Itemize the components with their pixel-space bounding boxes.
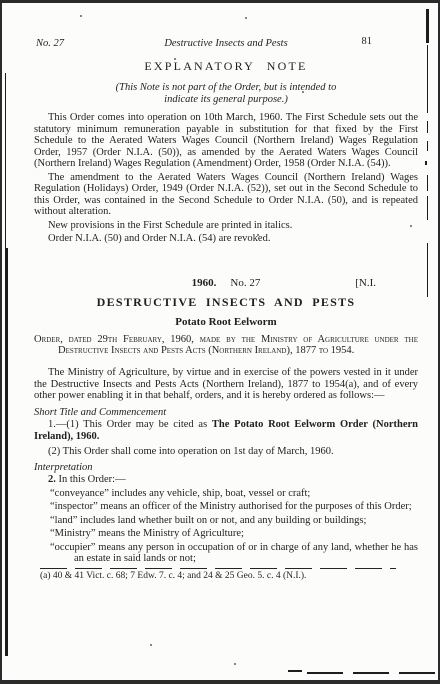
order-side-tag: [N.I. (355, 277, 376, 289)
scan-speck (234, 663, 236, 665)
page-number: 81 (362, 36, 373, 47)
scan-speck (150, 644, 152, 646)
explanatory-paragraph-1: This Order comes into operation on 10th … (34, 112, 418, 170)
definition-occupier: “occupier” means any person in occupatio… (34, 542, 418, 565)
disclaimer-line-2: indicate its general purpose.) (34, 94, 418, 106)
running-header-title: Destructive Insects and Pests (34, 38, 418, 49)
explanatory-paragraph-2: The amendment to the Aerated Waters Wage… (34, 172, 418, 218)
enacting-paragraph: The Ministry of Agriculture, by virtue a… (34, 367, 418, 402)
explanatory-paragraph-3: New provisions in the First Schedule are… (34, 220, 418, 232)
explanatory-note-disclaimer: (This Note is not part of the Order, but… (34, 82, 418, 105)
footnote-rule (40, 568, 396, 570)
order-citation-row: 1960.No. 27 [N.I. (34, 277, 418, 289)
disclaimer-line-1: (This Note is not part of the Order, but… (34, 82, 418, 94)
running-header: No. 27 Destructive Insects and Pests 81 (34, 38, 418, 50)
section-2-number: 2. (48, 474, 56, 485)
order-number: No. 27 (230, 277, 260, 289)
scan-artifact-bottom-dash (288, 670, 302, 672)
order-title: DESTRUCTIVE INSECTS AND PESTS (34, 296, 418, 310)
explanatory-note-heading: EXPLANATORY NOTE (34, 60, 418, 73)
section-1-1-text: 1.—(1) This Order may be cited as (48, 419, 212, 430)
section-1-1: 1.—(1) This Order may be cited as The Po… (34, 419, 418, 442)
section-heading-interpretation: Interpretation (34, 462, 418, 474)
order-recital: Order, dated 29th February, 1960, made b… (34, 334, 418, 357)
order-year: 1960. (192, 277, 217, 289)
section-2-intro-text: In this Order:— (56, 474, 126, 485)
footnote-citation: (a) 40 & 41 Vict. c. 68; 7 Edw. 7. c. 4;… (40, 571, 418, 582)
section-heading-short-title: Short Title and Commencement (34, 407, 418, 419)
definition-inspector: “inspector” means an officer of the Mini… (34, 501, 418, 513)
explanatory-paragraph-4: Order N.I.A. (50) and Order N.I.A. (54) … (34, 233, 418, 245)
definition-conveyance: “conveyance” includes any vehicle, ship,… (34, 488, 418, 500)
scanned-document-page: No. 27 Destructive Insects and Pests 81 … (0, 0, 440, 684)
section-1-2: (2) This Order shall come into operation… (34, 446, 418, 458)
section-2-intro: 2. In this Order:— (34, 474, 418, 486)
scan-artifact-bottom-dashes (307, 672, 435, 674)
page-content: No. 27 Destructive Insects and Pests 81 … (2, 3, 438, 582)
definition-land: “land” includes land whether built on or… (34, 515, 418, 527)
order-subtitle: Potato Root Eelworm (34, 316, 418, 328)
definition-ministry: “Ministry” means the Ministry of Agricul… (34, 528, 418, 540)
